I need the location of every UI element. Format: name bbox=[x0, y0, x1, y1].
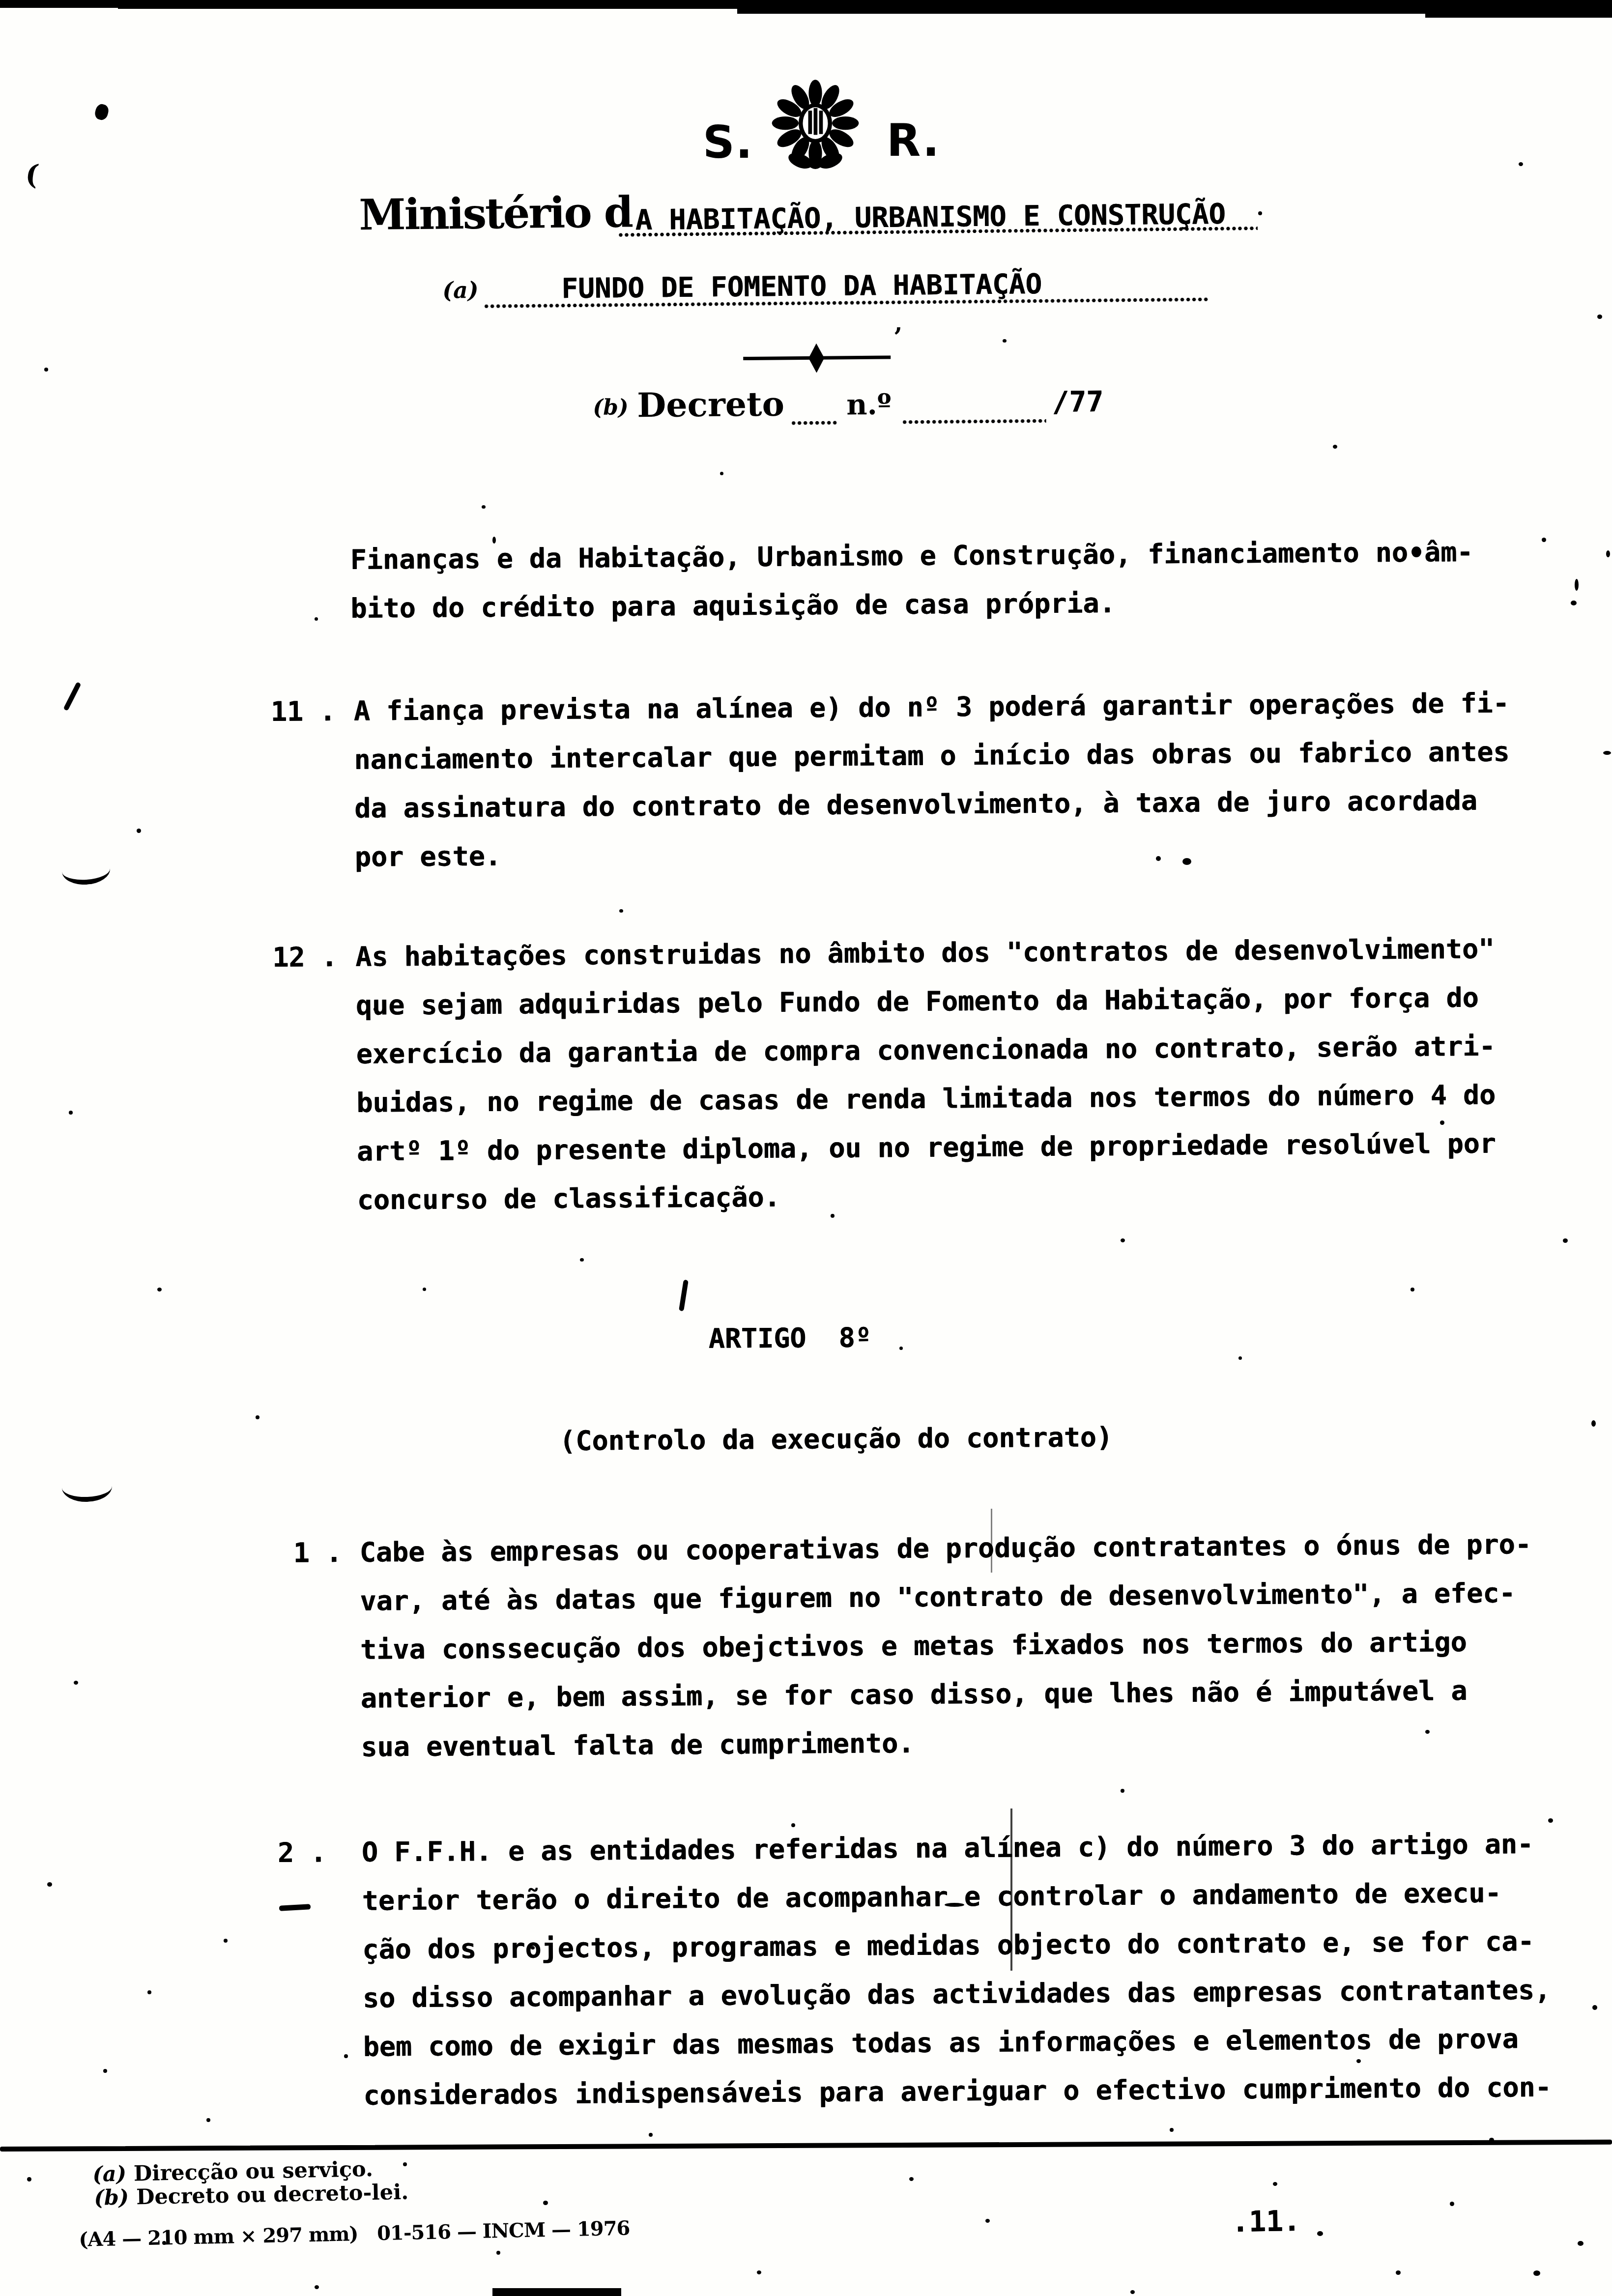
scan-noise-speck bbox=[619, 909, 623, 913]
scan-noise-speck bbox=[985, 2219, 990, 2223]
footnote-a-label: (a) bbox=[92, 2162, 127, 2187]
scan-noise-speck bbox=[1425, 1730, 1430, 1734]
scan-noise-speck bbox=[1591, 1420, 1596, 1427]
text-line: concurso de classificação. bbox=[357, 1184, 780, 1214]
text-line: Cabe às empresas ou cooperativas de prod… bbox=[359, 1531, 1531, 1566]
scan-noise-speck bbox=[1603, 751, 1611, 755]
footnote-b-text: Decreto ou decreto-lei. bbox=[129, 2180, 409, 2210]
scan-noise-speck bbox=[206, 2118, 210, 2122]
text-line: nanciamento intercalar que permitam o in… bbox=[354, 738, 1509, 773]
paragraph-number: 1 . bbox=[293, 1539, 342, 1567]
scan-noise-speck bbox=[1258, 211, 1262, 215]
scan-noise-speck bbox=[945, 1903, 964, 1907]
text-line: ção dos projectos, programas e medidas o… bbox=[362, 1928, 1534, 1963]
scan-noise-speck bbox=[344, 2054, 348, 2058]
text-line: terior terão o direito de acompanhar e c… bbox=[362, 1880, 1501, 1915]
scan-noise-speck bbox=[543, 2201, 548, 2205]
paragraph-number: 11 . bbox=[270, 698, 336, 725]
scan-noise-speck bbox=[137, 829, 141, 833]
scan-noise-speck bbox=[482, 505, 486, 509]
scan-noise-speck bbox=[256, 1415, 259, 1419]
scan-noise-speck bbox=[1606, 550, 1610, 557]
text-line: bito do crédito para aquisição de casa p… bbox=[350, 590, 1116, 622]
text-line: que sejam adquiridas pelo Fundo de Fomen… bbox=[356, 984, 1479, 1019]
document-body: Finanças e da Habitação, Urbanismo e Con… bbox=[0, 0, 1612, 2296]
scan-crease-line bbox=[1010, 1808, 1012, 1971]
scan-noise-speck bbox=[1411, 546, 1421, 557]
scan-noise-speck bbox=[1410, 1288, 1414, 1291]
scan-noise-speck bbox=[1273, 2182, 1277, 2186]
paragraph-12: 12 .As habitações construidas no âmbito … bbox=[0, 935, 1612, 1241]
scan-noise-speck bbox=[1489, 2138, 1494, 2142]
scan-noise-speck bbox=[103, 2069, 107, 2073]
scanned-decree-page: S. bbox=[0, 0, 1612, 2296]
paragraph-number: 2 . bbox=[278, 1839, 327, 1866]
text-line: artº 1º do presente diploma, ou no regim… bbox=[357, 1130, 1496, 1165]
scan-noise-speck bbox=[315, 2285, 319, 2289]
footnotes-block: (a) Direcção ou serviço. (b) Decreto ou … bbox=[92, 2154, 536, 2216]
scan-noise-speck bbox=[1156, 856, 1161, 861]
scan-noise-speck bbox=[1563, 1238, 1568, 1243]
scan-noise-speck bbox=[224, 1939, 228, 1943]
scan-noise-speck bbox=[580, 1258, 584, 1262]
scan-noise-speck bbox=[1317, 2231, 1323, 2236]
scan-noise-speck bbox=[162, 2241, 166, 2245]
text-line: exercício da garantia de compra convenci… bbox=[356, 1033, 1495, 1068]
scan-noise-speck bbox=[315, 617, 318, 621]
text-line: buidas, no regime de casas de renda limi… bbox=[356, 1082, 1496, 1117]
text-line: por este. bbox=[355, 843, 501, 871]
scan-noise-speck bbox=[1578, 2241, 1583, 2246]
text-line: A fiança prevista na alínea e) do nº 3 p… bbox=[353, 689, 1509, 724]
scan-noise-speck bbox=[1238, 1356, 1242, 1360]
scan-noise-speck bbox=[1170, 2128, 1174, 2132]
scan-noise-speck bbox=[1121, 1789, 1124, 1793]
footnote-b-label: (b) bbox=[94, 2185, 129, 2210]
text-line: considerados indispensáveis para averigu… bbox=[363, 2074, 1552, 2109]
article-subtitle: (Controlo da execução do contrato) bbox=[559, 1424, 1113, 1455]
text-line: da assinatura do contrato de desenvolvim… bbox=[354, 787, 1477, 822]
scan-noise-speck bbox=[1130, 2290, 1135, 2294]
scan-noise-speck bbox=[1597, 315, 1602, 319]
scan-noise-speck bbox=[1356, 2059, 1361, 2063]
scan-artifact-bottom bbox=[492, 2288, 621, 2296]
scan-noise-speck bbox=[1440, 1120, 1444, 1125]
scan-noise-speck bbox=[649, 2133, 653, 2137]
scan-noise-speck bbox=[157, 1288, 162, 1291]
scan-noise-speck bbox=[1396, 2270, 1401, 2275]
scan-noise-speck bbox=[899, 1347, 903, 1350]
scan-noise-speck bbox=[1022, 1646, 1026, 1650]
article-title: ARTIGO 8º bbox=[708, 1324, 871, 1352]
scan-noise-speck bbox=[423, 1288, 426, 1291]
text-line: var, até às datas que figurem no "contra… bbox=[360, 1579, 1515, 1614]
text-line: Finanças e da Habitação, Urbanismo e Con… bbox=[350, 539, 1473, 574]
scan-noise-speck bbox=[791, 1823, 795, 1827]
scan-noise-speck bbox=[44, 368, 48, 372]
scan-noise-speck bbox=[147, 1990, 151, 1994]
scan-noise-speck bbox=[1548, 1818, 1553, 1823]
text-line: tiva conssecução dos obejctivos e metas … bbox=[360, 1629, 1467, 1664]
paragraph-number: 12 . bbox=[272, 944, 338, 971]
paragraph-1: 1 .Cabe às empresas ou cooperativas de p… bbox=[2, 1530, 1612, 1787]
paragraph-intro: Finanças e da Habitação, Urbanismo e Con… bbox=[0, 538, 1608, 647]
page-number: .11. bbox=[1231, 2204, 1300, 2239]
scan-noise-speck bbox=[1575, 579, 1579, 591]
scan-noise-speck bbox=[1121, 1238, 1125, 1242]
scan-noise-speck bbox=[831, 1214, 835, 1218]
scan-noise-speck bbox=[47, 1882, 52, 1887]
scan-noise-speck bbox=[1333, 445, 1337, 449]
scan-noise-speck bbox=[69, 1111, 73, 1115]
scan-noise-speck bbox=[1003, 339, 1007, 343]
scan-noise-speck bbox=[1182, 858, 1191, 865]
scan-noise-speck bbox=[1519, 162, 1523, 166]
scan-noise-speck bbox=[74, 1681, 78, 1685]
scan-crease-line-2 bbox=[991, 1509, 992, 1573]
text-line: so disso acompanhar a evolução das activ… bbox=[363, 1977, 1551, 2012]
scan-noise-speck bbox=[720, 472, 723, 475]
scan-noise-speck bbox=[492, 537, 496, 544]
scan-noise-speck bbox=[496, 2251, 500, 2255]
scan-noise-speck bbox=[531, 1946, 535, 1950]
text-line: As habitações construidas no âmbito dos … bbox=[355, 936, 1495, 971]
text-line: anterior e, bem assim, se for caso disso… bbox=[360, 1677, 1467, 1712]
scan-noise-speck bbox=[909, 2177, 914, 2181]
scan-noise-speck bbox=[1533, 2270, 1540, 2276]
text-line: sua eventual falta de cumprimento. bbox=[361, 1730, 914, 1761]
scan-noise-speck bbox=[374, 1007, 377, 1011]
text-line: bem como de exigir das mesmas todas as i… bbox=[363, 2025, 1518, 2060]
text-line: O F.F.H. e as entidades referidas na alí… bbox=[362, 1831, 1533, 1866]
scan-noise-speck bbox=[757, 2270, 761, 2274]
scan-noise-speck bbox=[1450, 2202, 1454, 2206]
scan-noise-speck bbox=[27, 2177, 31, 2181]
scan-noise-speck bbox=[1571, 601, 1577, 605]
paragraph-2: 2 .O F.F.H. e as entidades referidas na … bbox=[4, 1830, 1612, 2136]
scan-noise-speck bbox=[403, 2162, 407, 2166]
scan-noise-speck bbox=[1542, 538, 1546, 542]
scan-noise-speck bbox=[1592, 2005, 1597, 2010]
paragraph-11: 11 .A fiança prevista na alínea e) do nº… bbox=[0, 689, 1610, 897]
